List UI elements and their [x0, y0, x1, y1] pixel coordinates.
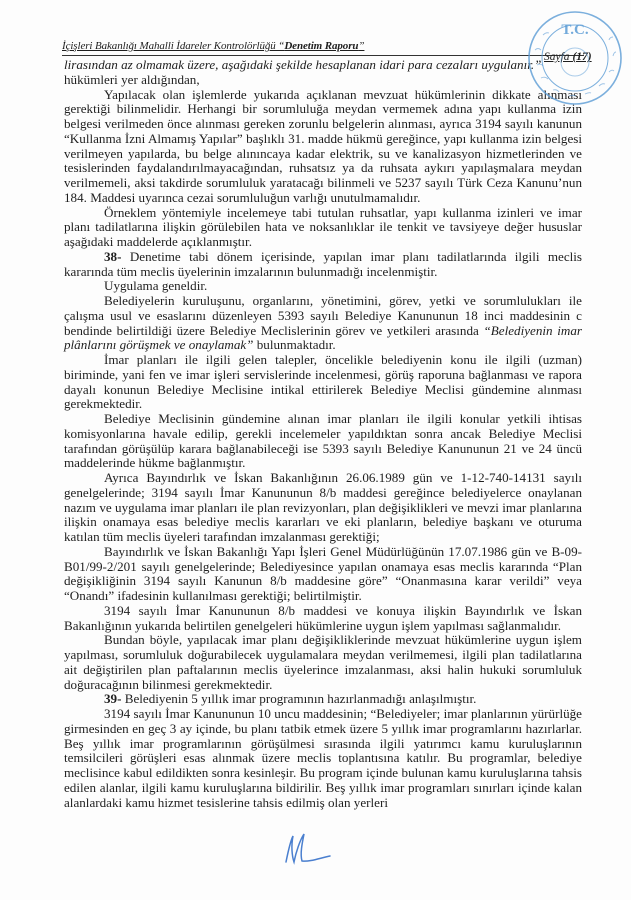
document-page: İçişleri Bakanlığı Mahalli İdareler Kont… [0, 0, 631, 900]
svg-text:T.C.: T.C. [561, 22, 588, 38]
finding-text: Belediyenin 5 yıllık imar programının ha… [121, 691, 476, 706]
finding-text: Denetime tabi dönem içerisinde, yapılan … [64, 249, 582, 279]
header-title-bold: Denetim Raporu [284, 40, 358, 52]
paragraph: İmar planları ile ilgili gelen talepler,… [64, 353, 582, 412]
paragraph: Yapılacak olan işlemlerde yukarıda açıkl… [64, 88, 582, 206]
paragraph: Örneklem yöntemiyle incelemeye tabi tutu… [64, 206, 582, 250]
paragraph: Bayındırlık ve İskan Bakanlığı Yapı İşle… [64, 545, 582, 604]
page-header: İçişleri Bakanlığı Mahalli İdareler Kont… [62, 40, 582, 55]
document-body: lirasından az olmamak üzere, aşağıdaki ş… [64, 58, 582, 810]
finding-number: 39- [104, 691, 121, 706]
header-rule [62, 55, 584, 56]
finding-38: 38- Denetime tabi dönem içerisinde, yapı… [64, 250, 582, 280]
paragraph: Bundan böyle, yapılacak imar planı değiş… [64, 633, 582, 692]
paragraph: 3194 sayılı İmar Kanununun 10 uncu madde… [64, 707, 582, 810]
quote-end: lirasından az olmamak üzere, aşağıdaki ş… [64, 57, 541, 72]
paragraph: Belediyelerin kuruluşunu, organlarını, y… [64, 294, 582, 353]
header-title: İçişleri Bakanlığı Mahalli İdareler Kont… [62, 40, 364, 52]
paragraph: 3194 sayılı İmar Kanununun 8/b maddesi v… [64, 604, 582, 634]
text: bulunmaktadır. [253, 337, 335, 352]
quote-tail: hükümleri yer aldığından, [64, 72, 200, 87]
paragraph-continuation: lirasından az olmamak üzere, aşağıdaki ş… [64, 58, 582, 88]
header-title-suffix: ” [358, 40, 364, 52]
finding-number: 38- [104, 249, 121, 264]
header-title-prefix: İçişleri Bakanlığı Mahalli İdareler Kont… [62, 40, 284, 52]
signature [280, 828, 336, 868]
paragraph: Uygulama geneldir. [64, 279, 582, 294]
finding-39: 39- Belediyenin 5 yıllık imar programını… [64, 692, 582, 707]
paragraph: Ayrıca Bayındırlık ve İskan Bakanlığının… [64, 471, 582, 545]
paragraph: Belediye Meclisinin gündemine alınan ima… [64, 412, 582, 471]
